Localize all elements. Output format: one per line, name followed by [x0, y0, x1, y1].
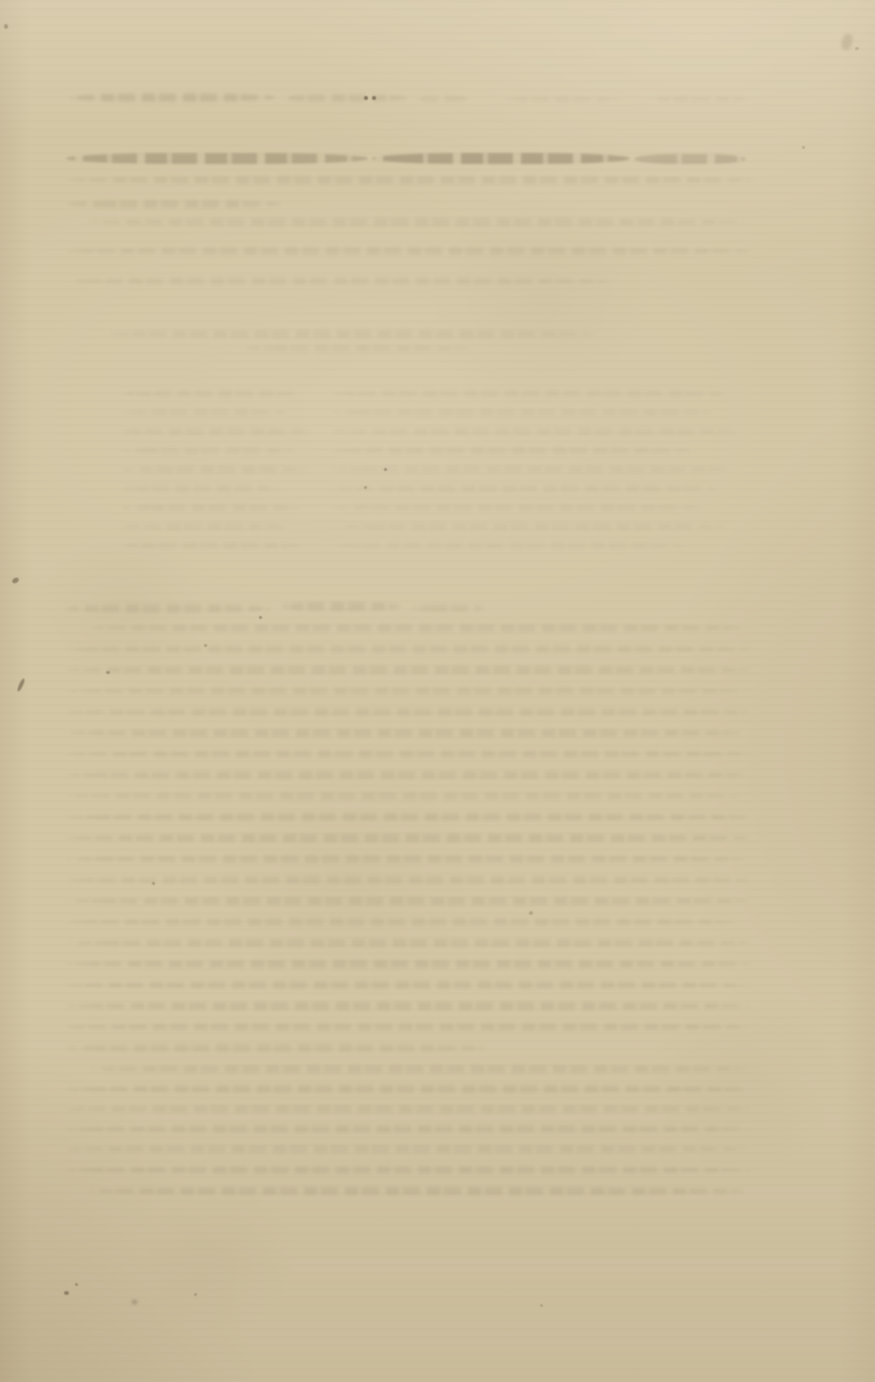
faded-text-line: [122, 447, 294, 454]
faded-text-line: [66, 750, 750, 758]
faded-text-line: [122, 504, 300, 511]
faded-text-line: [332, 409, 712, 416]
faded-text-line: [88, 218, 746, 226]
faded-text-line: [70, 93, 275, 102]
ink-speck: [152, 882, 155, 885]
ink-speck: [75, 1283, 78, 1286]
faded-text-line: [122, 485, 280, 492]
faded-text-line: [66, 939, 750, 947]
faded-text-line: [648, 96, 748, 102]
ink-speck: [529, 911, 533, 915]
ink-speck: [204, 644, 207, 647]
faded-text-line: [66, 604, 271, 613]
faded-text-line: [66, 645, 750, 653]
faded-heading-line: [66, 153, 368, 164]
faded-text-line: [66, 792, 738, 800]
faded-heading-line: [372, 153, 630, 164]
ink-speck: [372, 96, 376, 100]
faded-text-line: [90, 1065, 746, 1073]
faded-text-line: [66, 729, 742, 737]
faded-text-line: [66, 1002, 750, 1010]
faded-text-line: [122, 466, 307, 473]
faded-text-line: [122, 542, 304, 549]
faded-text-line: [66, 855, 744, 863]
faded-text-line: [66, 1023, 750, 1031]
faded-text-line: [66, 834, 750, 842]
ink-smudge: [132, 1300, 137, 1304]
faded-text-line: [66, 1105, 750, 1113]
faded-text-line: [66, 876, 750, 884]
faded-text-line: [416, 95, 468, 102]
faded-heading-line: [634, 154, 746, 164]
faded-text-line: [66, 1044, 486, 1052]
faded-text-line: [332, 466, 732, 473]
ink-speck: [11, 577, 20, 585]
faded-text-line: [66, 1166, 750, 1174]
ink-speck: [855, 47, 859, 50]
faded-text-line: [66, 277, 611, 285]
faded-text-line: [66, 1145, 746, 1153]
faded-text-line: [90, 624, 746, 632]
faded-text-line: [66, 687, 746, 695]
faded-text-line: [66, 897, 750, 905]
faded-text-line: [122, 390, 302, 397]
faded-text-line: [66, 1125, 750, 1133]
faded-text-line: [282, 602, 400, 611]
faded-text-line: [66, 1085, 750, 1093]
ink-speck: [106, 671, 110, 674]
scanned-page: [0, 0, 875, 1382]
faded-text-line: [122, 428, 312, 435]
ink-speck: [540, 1304, 543, 1307]
ink-speck: [4, 24, 8, 29]
ink-speck: [364, 96, 368, 100]
faded-text-line: [412, 604, 484, 612]
faded-text-line: [66, 771, 750, 779]
faded-text-line: [332, 447, 692, 454]
faded-text-line: [505, 96, 620, 102]
faded-text-line: [66, 200, 281, 208]
faded-text-line: [332, 523, 727, 530]
ink-speck: [194, 1293, 197, 1296]
faded-text-line: [90, 1187, 744, 1195]
faded-text-line: [108, 330, 596, 338]
ink-speck: [16, 678, 26, 692]
faded-text-line: [332, 485, 717, 492]
faded-text-line: [332, 390, 727, 397]
faded-text-line: [66, 960, 750, 968]
ink-speck: [64, 1291, 69, 1295]
faded-text-line: [332, 504, 702, 511]
faded-text-line: [283, 94, 408, 102]
faded-text-line: [66, 176, 754, 184]
faded-text-line: [66, 247, 750, 255]
faded-text-line: [332, 428, 742, 435]
faded-text-line: [332, 542, 687, 549]
ink-speck: [384, 468, 387, 471]
faded-text-line: [66, 981, 746, 989]
faded-text-line: [66, 918, 736, 926]
ink-speck: [802, 146, 805, 149]
ink-speck: [259, 616, 262, 619]
faded-text-line: [66, 708, 750, 716]
faded-text-line: [122, 409, 287, 416]
faded-text-line: [238, 345, 470, 352]
ink-smudge: [840, 33, 854, 51]
faded-text-line: [66, 666, 750, 674]
ink-speck: [364, 486, 367, 489]
faded-text-line: [122, 523, 290, 530]
faded-text-line: [66, 813, 750, 821]
